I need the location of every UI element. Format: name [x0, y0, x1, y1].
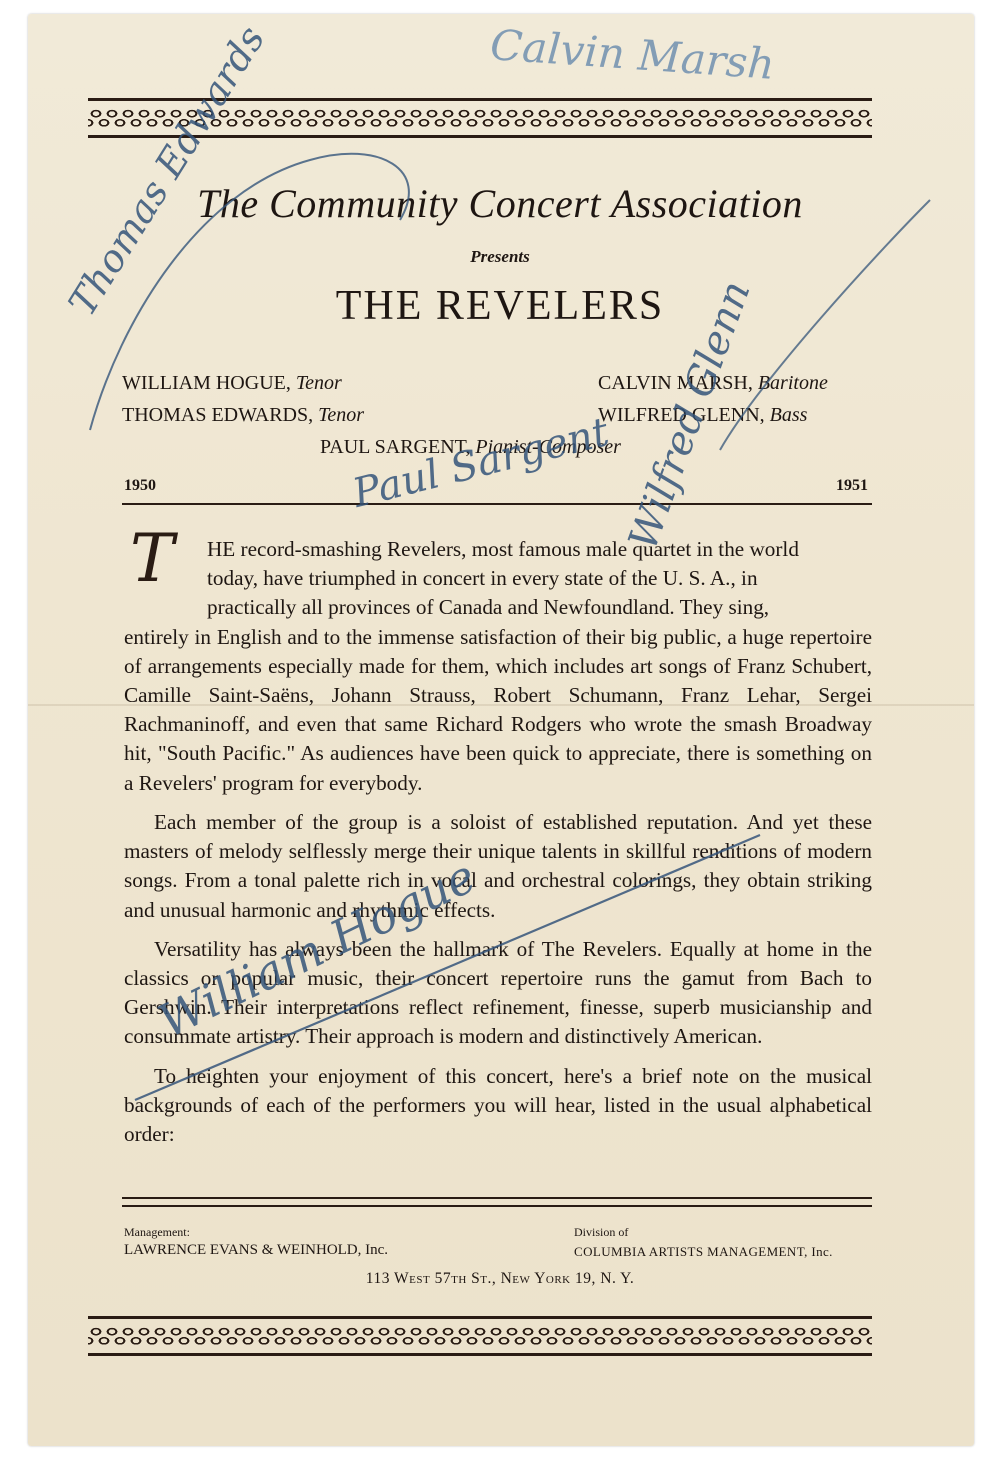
- paragraph-soloists: Each member of the group is a soloist of…: [124, 808, 872, 925]
- paragraph-versatility: Versatility has always been the hallmark…: [124, 935, 872, 1052]
- header-divider: [122, 503, 872, 505]
- management-label: Management:: [124, 1225, 190, 1240]
- intro-paragraph: HE record-smashing Revelers, most famous…: [124, 535, 872, 798]
- footer-divider: [122, 1197, 872, 1207]
- member-wilfred-glenn: WILFRED GLENN, Bass: [598, 404, 807, 427]
- member-paul-sargent: PAUL SARGENT, Pianist-Composer: [320, 436, 621, 459]
- paragraph-note: To heighten your enjoyment of this conce…: [124, 1062, 872, 1150]
- management-name: LAWRENCE EVANS & WEINHOLD, Inc.: [124, 1242, 388, 1259]
- division-name: COLUMBIA ARTISTS MANAGEMENT, Inc.: [574, 1244, 833, 1260]
- association-title: The Community Concert Association: [0, 180, 1000, 227]
- top-ornamental-border: [88, 98, 872, 138]
- presents-label: Presents: [0, 247, 1000, 267]
- body-paragraphs: Each member of the group is a soloist of…: [124, 808, 872, 1159]
- division-label: Division of: [574, 1225, 628, 1240]
- group-name: THE REVELERS: [0, 282, 1000, 330]
- member-william-hogue: WILLIAM HOGUE, Tenor: [122, 372, 342, 395]
- footer-address: 113 West 57th St., New York 19, N. Y.: [0, 1270, 1000, 1288]
- season-end-year: 1951: [836, 477, 868, 495]
- member-thomas-edwards: THOMAS EDWARDS, Tenor: [122, 404, 364, 427]
- member-calvin-marsh: CALVIN MARSH, Baritone: [598, 372, 828, 395]
- season-start-year: 1950: [124, 477, 156, 495]
- bottom-ornamental-border: [88, 1316, 872, 1356]
